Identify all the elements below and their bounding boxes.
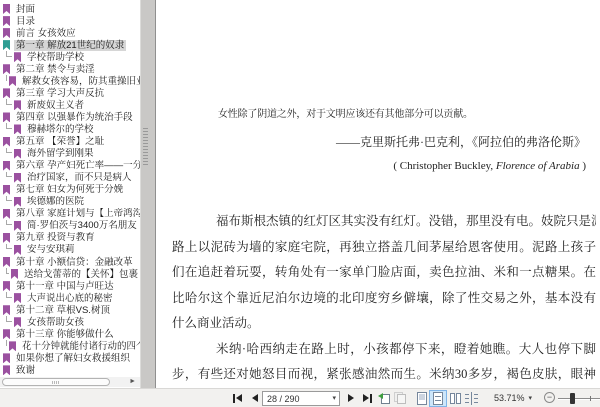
bookmark-label: 女孩帮助女孩 [25,317,86,328]
bookmark-flag-icon [14,52,21,62]
scroll-right-arrow-icon[interactable]: ► [129,377,136,387]
tree-connector-line [6,123,12,129]
bookmark-flag-icon [14,100,21,110]
bookmark-flag-icon [14,149,21,159]
bookmark-item[interactable]: 如果你想了解妇女救援组织 [0,352,140,364]
bookmark-item[interactable]: 学校帮助学校 [0,51,140,63]
bookmark-item[interactable]: 海外留学到刚果 [0,148,140,160]
tree-connector-line [6,148,12,154]
bookmark-label: 第二章 禁令与卖淫 [14,64,97,75]
bookmark-item[interactable]: 目录 [0,15,140,27]
bookmark-flag-icon [3,281,10,291]
bookmark-label: 第三章 学习大声反抗 [14,88,106,99]
bookmark-item[interactable]: 埃德娜的医院 [0,196,140,208]
bookmark-item[interactable]: 第四章 以强暴作为统治手段 [0,111,140,123]
bookmark-flag-icon [3,185,10,195]
tree-connector-line [6,244,12,250]
splitter-grip-icon [143,128,148,166]
bookmark-item[interactable]: 大声说出心底的秘密 [0,292,140,304]
bookmark-flag-icon [3,88,10,98]
bookmark-label: 花十分钟就能付诸行动的四个步骤 [20,341,140,352]
body-text-line: 什么商业活动。 [172,311,596,337]
bookmark-flag-icon [3,329,10,339]
bookmark-flag-icon [3,257,10,267]
bookmark-flag-icon [9,76,16,86]
bookmark-item[interactable]: 第十二章 草根VS.树顶 [0,304,140,316]
tree-connector-line [6,196,12,202]
continuous-page-icon [433,392,443,405]
bookmark-label: 解救女孩容易，防其重操旧业难 [20,76,140,87]
bookmark-label: 新废奴主义者 [25,100,86,111]
bookmark-item[interactable]: 第二章 禁令与卖淫 [0,63,140,75]
bookmark-item[interactable]: 第九章 投资与教育 [0,232,140,244]
scrollbar-grip-icon [52,381,60,384]
bookmark-flag-icon [14,317,21,327]
last-page-button[interactable] [363,389,372,407]
bookmark-flag-icon [14,221,21,231]
bookmark-label: 安与安琪莉 [25,244,77,255]
bookmark-label: 封面 [14,4,37,15]
bookmark-label: 致谢 [14,365,37,376]
zoom-level-value: 53.71% [494,393,525,403]
slider-track [558,398,600,400]
bookmark-label: 埃德娜的医院 [25,196,86,207]
tree-connector-line [6,340,7,346]
bookmark-label: 大声说出心底的秘密 [25,293,115,304]
bookmark-flag-icon [3,40,10,50]
bookmark-item[interactable]: 第十一章 中国与卢旺达 [0,280,140,292]
bookmark-label: 第六章 孕产妇死亡率——一分钟一名 [14,160,140,171]
next-page-button[interactable] [348,389,354,407]
bookmark-label: 第十三章 你能够做什么 [14,329,116,340]
chevron-down-icon: ▾ [332,392,336,406]
bookmark-item[interactable]: 前言 女孩效应 [0,27,140,39]
bookmark-label: 第四章 以强暴作为统治手段 [14,112,135,123]
bookmark-flag-icon [11,269,18,279]
bookmark-item[interactable]: 第七章 妇女为何死于分娩 [0,184,140,196]
continuous-facing-icon [465,392,478,405]
body-text-line: 路上以泥砖为墙的家庭宅院，再独立搭盖几间茅屋给恩客使用。泥路上孩子 [172,235,596,261]
bookmark-item[interactable]: 新废奴主义者 [0,99,140,111]
tree-connector-line [6,268,9,274]
bookmark-item[interactable]: 穆赫塔尔的学校 [0,123,140,135]
first-page-button[interactable] [233,389,242,407]
panel-splitter[interactable] [140,0,156,388]
attribution-book-title: Florence of Arabia [496,160,580,172]
facing-pages-icon [450,393,461,404]
bookmark-label: 第七章 妇女为何死于分娩 [14,184,125,195]
body-text-line: 福布斯根杰镇的红灯区其实没有红灯。没错，那里没有电。妓院只是泥 [172,209,596,235]
zoom-out-button[interactable]: − [544,392,555,403]
bookmark-item[interactable]: 女孩帮助女孩 [0,316,140,328]
bookmark-flag-icon [14,293,21,303]
status-toolbar: 28 / 290 ▾ [0,388,600,407]
bookmark-item[interactable]: 第十章 小额信贷：金融改革 [0,256,140,268]
bookmark-label: 海外留学到刚果 [25,148,96,159]
bookmark-flag-icon [14,245,21,255]
bookmark-label: 第八章 家庭计划与【上帝鸿沟】 [14,208,140,219]
zoom-slider[interactable] [558,389,600,407]
bookmark-item[interactable]: 送给戈蕾蒂的【关怀】包裹 [0,268,140,280]
bookmark-item[interactable]: 花十分钟就能付诸行动的四个步骤 [0,340,140,352]
previous-view-button[interactable] [378,392,390,404]
bookmark-flag-icon [3,64,10,74]
tree-connector-line [6,99,12,105]
bookmark-label: 目录 [14,16,37,27]
bookmark-item[interactable]: 第八章 家庭计划与【上帝鸿沟】 [0,208,140,220]
slider-thumb[interactable] [570,393,575,404]
document-area: 女性除了阴道之外，对于文明应该还有其他部分可以贡献。 ——克里斯托弗·巴克利，《… [156,0,600,388]
bookmark-flag-icon [3,209,10,219]
bookmark-item[interactable]: 第一章 解放21世纪的奴隶 [0,39,140,51]
next-view-button[interactable] [394,392,406,404]
layout-continuous-button[interactable] [429,390,447,407]
bookmark-flag-icon [14,124,21,134]
bookmark-label: 穆赫塔尔的学校 [25,124,96,135]
zoom-level-dropdown[interactable]: 53.71% ▾ [494,389,532,407]
single-page-icon [417,392,427,405]
bookmark-label: 第九章 投资与教育 [14,232,97,243]
bookmarks-panel: 封面 目录 前言 女孩效应 第一章 解放21世纪的奴隶 学校帮助学校 [0,0,140,388]
bookmark-item[interactable]: 解救女孩容易，防其重操旧业难 [0,75,140,87]
first-page-icon [233,394,235,403]
bookmarks-tree: 封面 目录 前言 女孩效应 第一章 解放21世纪的奴隶 学校帮助学校 [0,0,140,376]
bookmark-item[interactable]: 第十三章 你能够做什么 [0,328,140,340]
bookmark-item[interactable]: 第五章 【荣誉】之耻 [0,136,140,148]
previous-page-button[interactable] [252,389,258,407]
body-text-line: 米纳·哈西纳走在路上时，小孩都停下来，瞪着她瞧。大人也停下脚 [172,337,596,363]
tree-connector-line [6,220,12,226]
bookmark-label: 第五章 【荣誉】之耻 [14,136,106,147]
bookmark-label: 简·罗伯茨与3400万名朋友 [25,220,139,231]
attribution-prefix: ( Christopher Buckley, [393,160,496,172]
previous-page-icon [252,394,258,402]
bookmark-flag-icon [3,4,10,14]
bookmark-item[interactable]: 安与安琪莉 [0,244,140,256]
page-number-value: 28 / 290 [267,392,300,406]
chevron-down-icon: ▾ [529,394,533,402]
slider-detent-tick [590,396,591,401]
bookmark-label: 治疗国家，而不只是病人 [25,172,134,183]
bookmark-label: 第十一章 中国与卢旺达 [14,281,116,292]
bookmark-item[interactable]: 致谢 [0,364,140,376]
scrollbar-thumb[interactable] [2,378,110,386]
pdf-page[interactable]: 女性除了阴道之外，对于文明应该还有其他部分可以贡献。 ——克里斯托弗·巴克利，《… [156,0,600,388]
bookmark-flag-icon [3,137,10,147]
next-view-icon [397,394,406,404]
bookmark-flag-icon [3,305,10,315]
tree-connector-line [6,172,12,178]
bookmark-item[interactable]: 简·罗伯茨与3400万名朋友 [0,220,140,232]
body-text-line: 们在追赶着玩耍，转角处有一家单门脸店面，卖色拉油、米和一点糖果。在 [172,260,596,286]
bookmark-item[interactable]: 治疗国家，而不只是病人 [0,172,140,184]
epigraph-attribution-cn: ——克里斯托弗·巴克利，《阿拉伯的弗洛伦斯》 [336,133,586,150]
bookmark-flag-icon [3,233,10,243]
layout-continuous-facing-button[interactable] [462,390,480,407]
pdf-reader-window: 封面 目录 前言 女孩效应 第一章 解放21世纪的奴隶 学校帮助学校 [0,0,600,407]
bookmark-label: 送给戈蕾蒂的【关怀】包裹 [22,269,140,280]
bookmark-flag-icon [9,341,16,351]
body-text-column: 福布斯根杰镇的红灯区其实没有红灯。没错，那里没有电。妓院只是泥路上以泥砖为墙的家… [172,209,596,388]
last-page-icon [370,394,372,403]
minus-icon: − [547,392,552,402]
bookmark-flag-icon [3,365,10,375]
bookmark-flag-icon [3,112,10,122]
bookmark-flag-icon [14,173,21,183]
bookmark-label: 前言 女孩效应 [14,28,78,39]
body-text-line: 比哈尔这个靠近尼泊尔边境的北印度穷乡僻壤，除了性交易之外，基本没有 [172,286,596,312]
bookmark-flag-icon [3,28,10,38]
bookmark-label: 第一章 解放21世纪的奴隶 [14,40,126,51]
bookmark-item[interactable]: 第六章 孕产妇死亡率——一分钟一名 [0,160,140,172]
page-number-combobox[interactable]: 28 / 290 ▾ [262,391,340,406]
bookmark-item[interactable]: 封面 [0,3,140,15]
epigraph-attribution-en: ( Christopher Buckley, Florence of Arabi… [393,160,586,172]
bookmark-label: 第十章 小额信贷：金融改革 [14,257,135,268]
bookmark-flag-icon [3,161,10,171]
bookmark-label: 第十二章 草根VS.树顶 [14,305,112,316]
tree-connector-line [6,51,12,57]
bookmark-flag-icon [14,197,21,207]
next-page-icon [348,394,354,402]
tree-connector-line [6,292,12,298]
bookmarks-horizontal-scrollbar[interactable]: ► [0,377,140,387]
bookmark-label: 学校帮助学校 [25,52,86,63]
tree-connector-line [6,75,7,81]
bookmark-flag-icon [3,353,10,363]
body-text-line: 步，有些还对她怒目而视，紧张感油然而生。米纳30多岁，褐色皮肤，眼神 [172,362,596,388]
epigraph-quote: 女性除了阴道之外，对于文明应该还有其他部分可以贡献。 [218,105,473,120]
tree-connector-line [6,316,12,322]
bookmark-item[interactable]: 第三章 学习大声反抗 [0,87,140,99]
bookmark-label: 如果你想了解妇女救援组织 [14,353,132,364]
attribution-suffix: ) [580,160,586,172]
bookmark-flag-icon [3,16,10,26]
